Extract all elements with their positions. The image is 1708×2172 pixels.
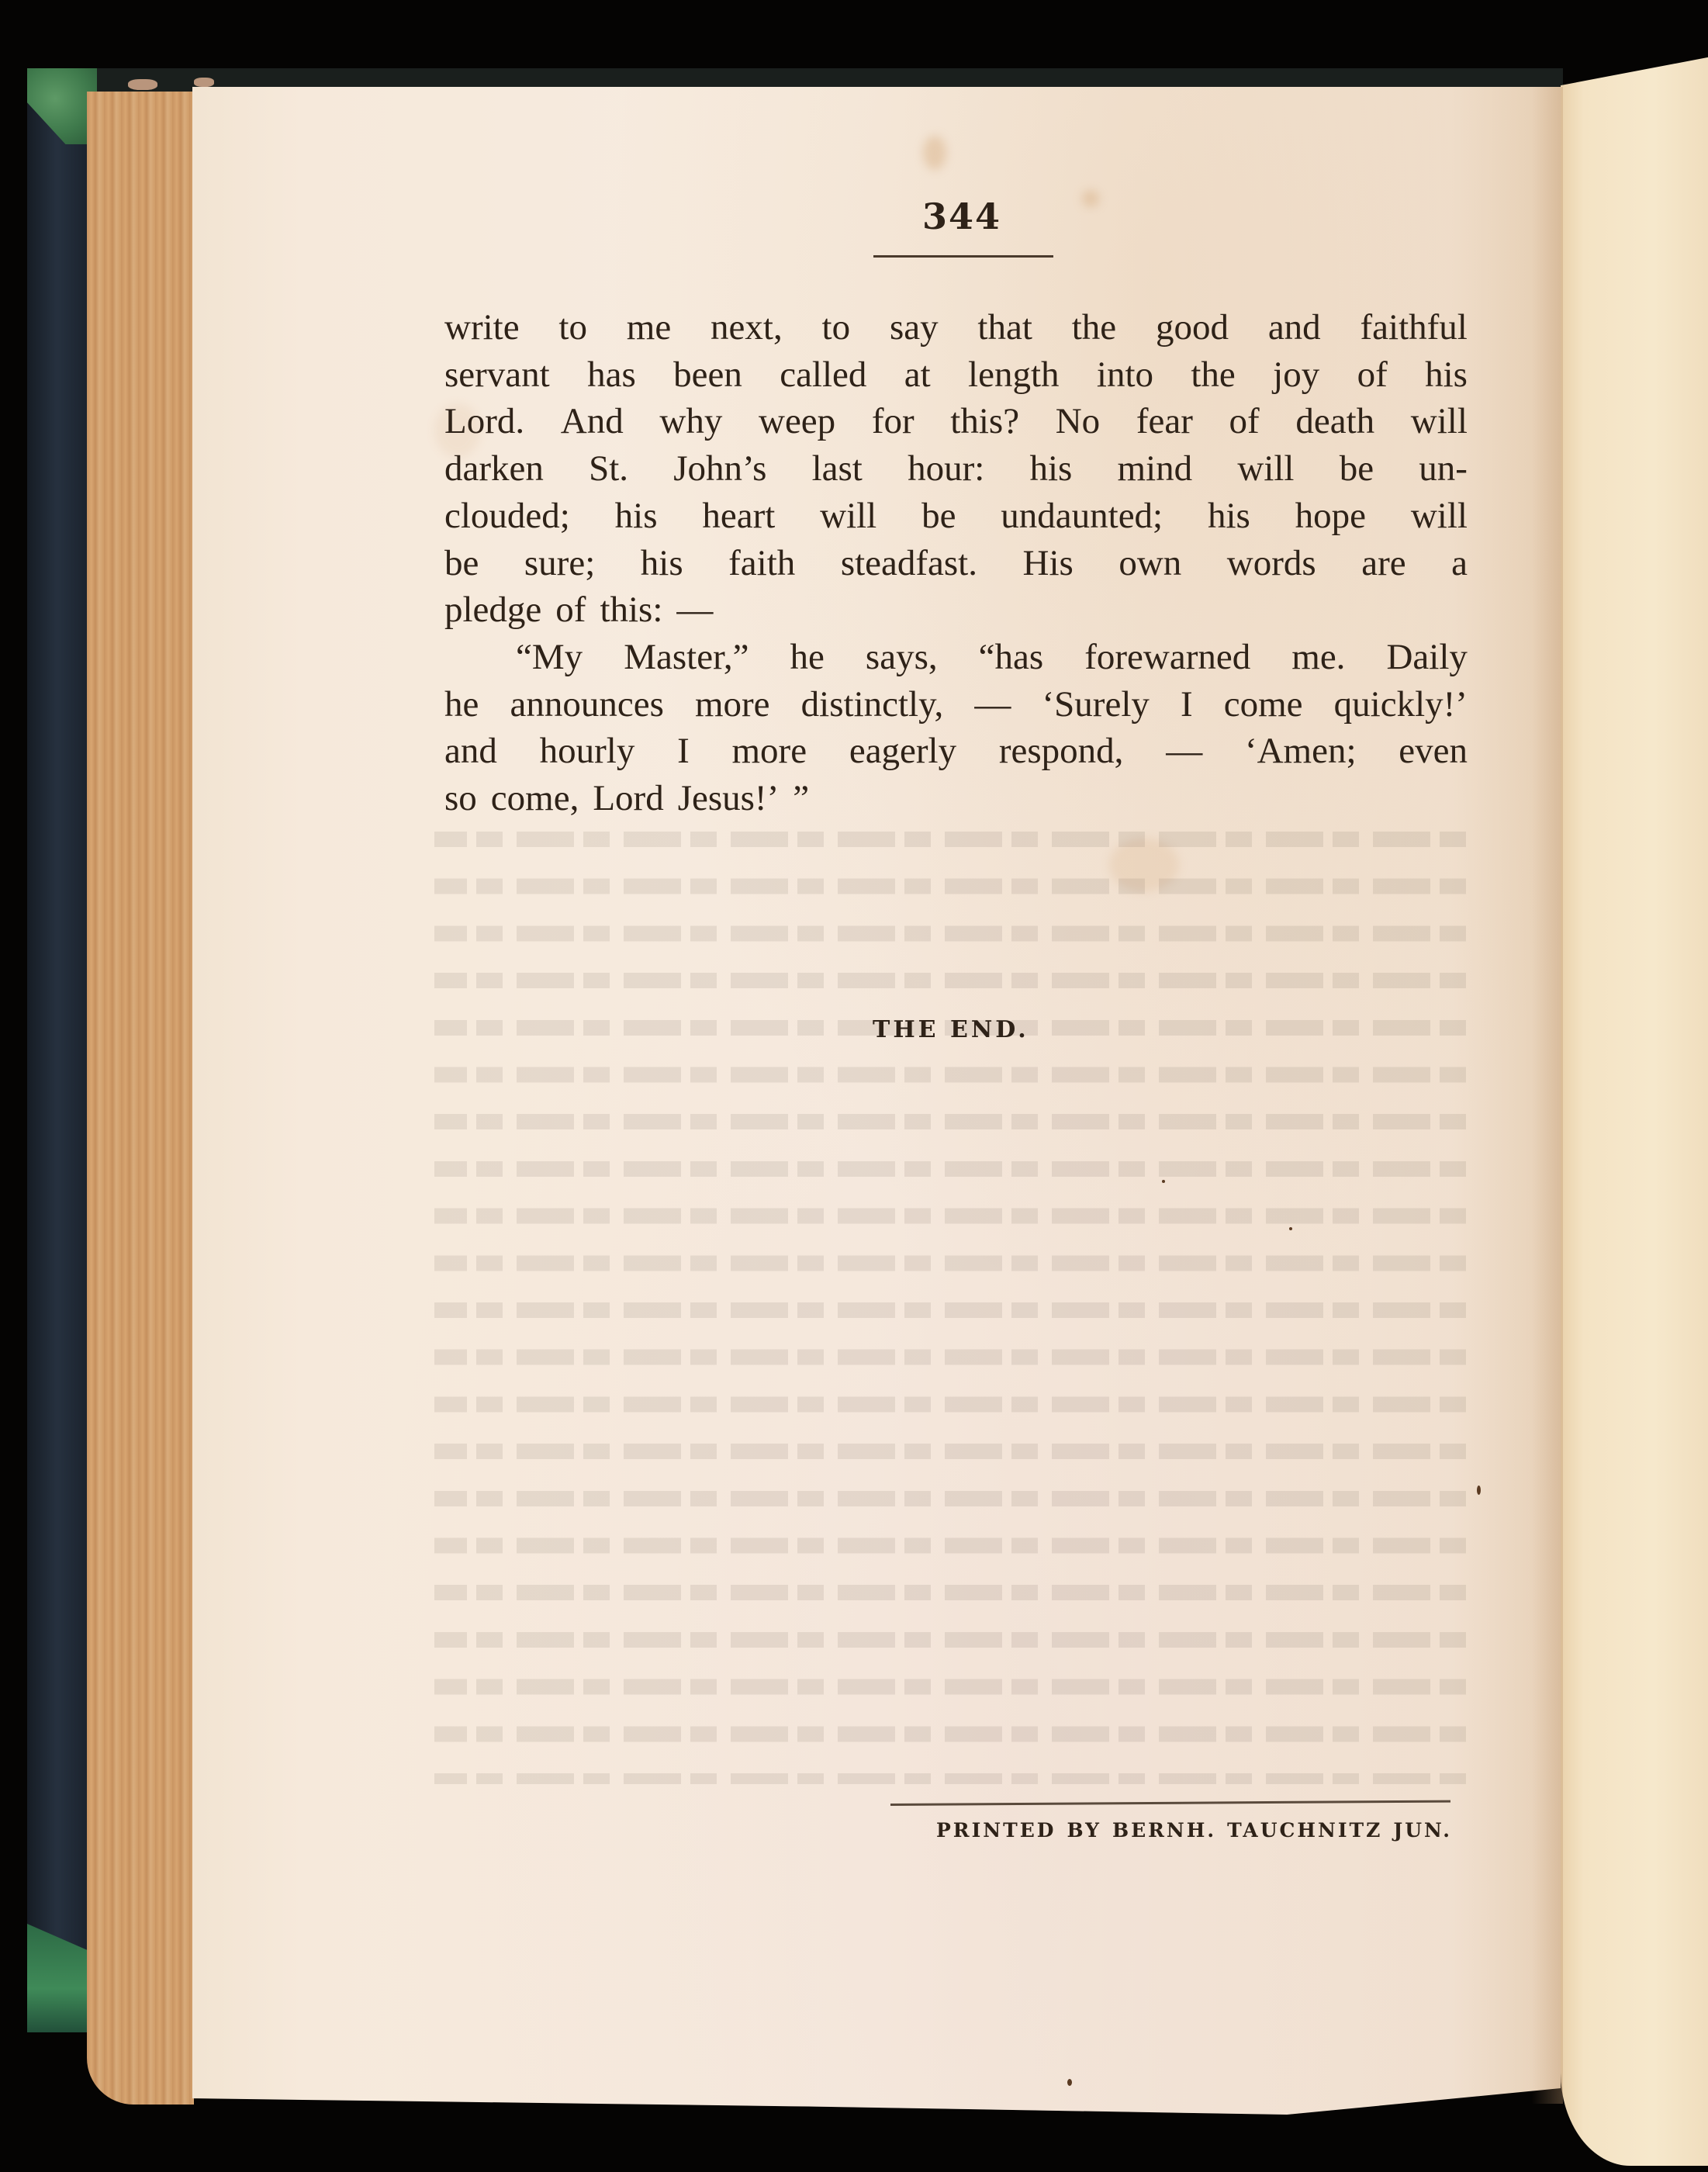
- word: mind: [1118, 445, 1193, 493]
- word: his: [1208, 493, 1250, 540]
- foxing-stain: [923, 136, 946, 170]
- word: steadfast.: [841, 540, 977, 587]
- quote-line: socome,LordJesus!’”: [444, 775, 1468, 822]
- word: of: [555, 586, 586, 634]
- word: says,: [866, 634, 938, 681]
- word: —: [1166, 728, 1202, 775]
- text-line: besure;hisfaithsteadfast.Hisownwordsarea: [444, 540, 1468, 587]
- word: will: [1237, 445, 1294, 493]
- word: he: [790, 634, 825, 681]
- facing-page: [1561, 56, 1708, 2166]
- word: servant: [444, 351, 550, 399]
- foxing-stain: [1082, 190, 1099, 207]
- word: into: [1097, 351, 1153, 399]
- word: Daily: [1386, 634, 1467, 681]
- word: come: [1224, 681, 1303, 728]
- word: of: [1229, 398, 1260, 445]
- word: been: [673, 351, 742, 399]
- word: St.: [589, 445, 628, 493]
- word: And: [561, 398, 624, 445]
- word: so: [444, 775, 477, 822]
- word: to: [558, 304, 587, 351]
- bleed-through-text: [434, 814, 1466, 1784]
- word: say: [890, 304, 939, 351]
- word: I: [1181, 681, 1193, 728]
- word: will: [1411, 493, 1468, 540]
- quote-line: “MyMaster,”hesays,“hasforewarnedme.Daily: [444, 634, 1468, 681]
- word: good: [1156, 304, 1229, 351]
- gutter-shadow: [1532, 87, 1563, 2104]
- word: announces: [510, 681, 663, 728]
- word: more: [695, 681, 770, 728]
- word: joy: [1273, 351, 1319, 399]
- word: faithful: [1361, 304, 1468, 351]
- word: distinctly,: [801, 681, 944, 728]
- word: hourly: [540, 728, 635, 775]
- word: weep: [759, 398, 835, 445]
- word: I: [677, 728, 690, 775]
- word: quickly!’: [1334, 681, 1468, 728]
- word: length: [968, 351, 1059, 399]
- word: BERNH.: [1112, 1819, 1216, 1842]
- word: be: [1340, 445, 1374, 493]
- word: called: [780, 351, 866, 399]
- word: His: [1023, 540, 1074, 587]
- word: TAUCHNITZ: [1227, 1819, 1382, 1842]
- word: his: [641, 540, 683, 587]
- word: and: [444, 728, 497, 775]
- word: PRINTED: [936, 1819, 1056, 1842]
- quote-line: heannouncesmoredistinctly,—‘SurelyIcomeq…: [444, 681, 1468, 728]
- word: Lord.: [444, 398, 524, 445]
- text-line: darkenSt.John’slasthour:hismindwillbeun-: [444, 445, 1468, 493]
- word: me.: [1291, 634, 1345, 681]
- word: BY: [1067, 1819, 1101, 1842]
- word: John’s: [673, 445, 766, 493]
- ink-speck: [1289, 1227, 1292, 1230]
- page-block-edge: [87, 92, 194, 2105]
- quote-line: andhourlyImoreeagerlyrespond,—‘Amen;even: [444, 728, 1468, 775]
- word: his: [1029, 445, 1072, 493]
- word: No: [1056, 398, 1100, 445]
- text-line: pledgeofthis:—: [444, 586, 1468, 634]
- word: heart: [702, 493, 775, 540]
- page-number: 344: [892, 195, 1032, 237]
- word: pledge: [444, 586, 541, 634]
- word: ”: [793, 775, 809, 822]
- word: write: [444, 304, 520, 351]
- word: JUN.: [1393, 1819, 1452, 1842]
- ink-speck: [1477, 1485, 1481, 1495]
- word: sure;: [524, 540, 595, 587]
- word: “My: [516, 634, 583, 681]
- cover-wear-chip: [194, 78, 214, 87]
- word: words: [1227, 540, 1316, 587]
- word: to: [822, 304, 851, 351]
- text-line: writetomenext,tosaythatthegoodandfaithfu…: [444, 304, 1468, 351]
- word: Jesus!’: [678, 775, 780, 822]
- word: come,: [491, 775, 579, 822]
- word: eagerly: [849, 728, 956, 775]
- word: fear: [1136, 398, 1193, 445]
- word: hope: [1295, 493, 1366, 540]
- word: darken: [444, 445, 544, 493]
- word: even: [1399, 728, 1468, 775]
- cover-wear-chip: [128, 79, 157, 90]
- word: —: [676, 586, 713, 634]
- word: be: [444, 540, 479, 587]
- word: clouded;: [444, 493, 570, 540]
- word: more: [732, 728, 807, 775]
- word: the: [1191, 351, 1235, 399]
- ink-speck: [1067, 2079, 1072, 2086]
- word: hour:: [908, 445, 984, 493]
- word: undaunted;: [1001, 493, 1163, 540]
- word: will: [1411, 398, 1468, 445]
- text-line: clouded;hisheartwillbeundaunted;hishopew…: [444, 493, 1468, 540]
- word: ‘Surely: [1042, 681, 1150, 728]
- text-line: Lord.Andwhyweepforthis?Nofearofdeathwill: [444, 398, 1468, 445]
- word: a: [1451, 540, 1468, 587]
- word: “has: [979, 634, 1044, 681]
- word: last: [812, 445, 863, 493]
- word: this:: [600, 586, 662, 634]
- word: Master,”: [624, 634, 749, 681]
- word: respond,: [999, 728, 1124, 775]
- word: he: [444, 681, 479, 728]
- word: and: [1268, 304, 1321, 351]
- printer-imprint: PRINTEDBYBERNH.TAUCHNITZJUN.: [936, 1819, 1452, 1842]
- word: me: [627, 304, 671, 351]
- word: at: [904, 351, 931, 399]
- word: the: [1072, 304, 1116, 351]
- word: forewarned: [1084, 634, 1250, 681]
- word: ‘Amen;: [1245, 728, 1357, 775]
- header-rule: [873, 255, 1053, 258]
- ink-speck: [1162, 1180, 1165, 1183]
- word: Lord: [593, 775, 663, 822]
- body-text: writetomenext,tosaythatthegoodandfaithfu…: [444, 304, 1468, 822]
- word: has: [587, 351, 636, 399]
- word: why: [659, 398, 722, 445]
- text-line: servanthasbeencalledatlengthintothejoyof…: [444, 351, 1468, 399]
- word: un-: [1419, 445, 1468, 493]
- word: be: [921, 493, 956, 540]
- word: that: [977, 304, 1032, 351]
- word: —: [974, 681, 1011, 728]
- word: death: [1295, 398, 1374, 445]
- word: his: [1425, 351, 1468, 399]
- word: of: [1357, 351, 1388, 399]
- word: are: [1361, 540, 1405, 587]
- word: next,: [711, 304, 783, 351]
- word: this?: [950, 398, 1019, 445]
- word: own: [1118, 540, 1181, 587]
- word: his: [615, 493, 658, 540]
- word: faith: [728, 540, 795, 587]
- the-end-heading: THE END.: [873, 1016, 1059, 1043]
- word: for: [872, 398, 915, 445]
- word: will: [820, 493, 876, 540]
